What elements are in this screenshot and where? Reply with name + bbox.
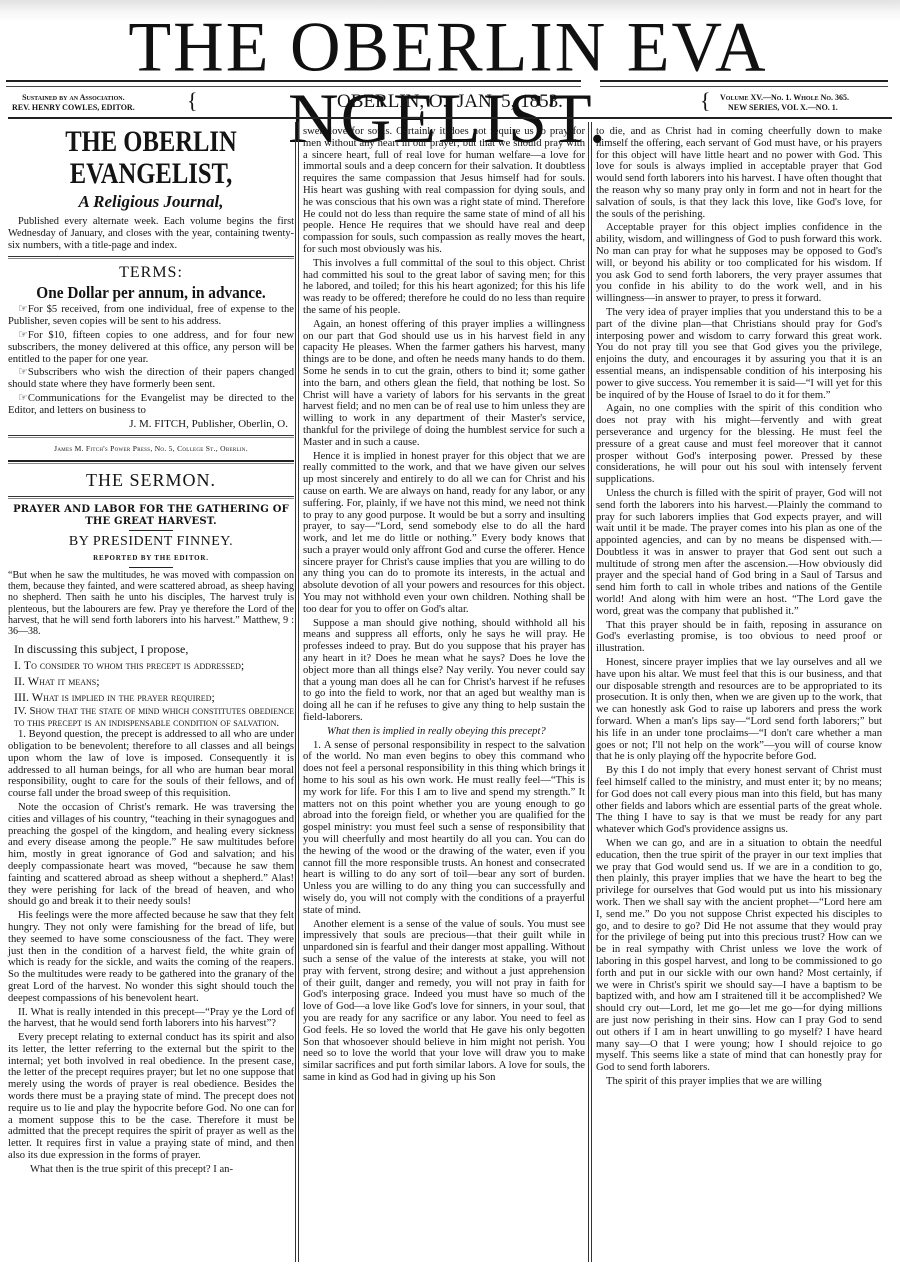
short-rule bbox=[129, 530, 173, 531]
paragraph: Every precept relating to external condu… bbox=[8, 1032, 294, 1162]
pointing-hand-icon: ☞ bbox=[18, 329, 28, 341]
top-rule bbox=[8, 117, 892, 119]
column-rule-2 bbox=[588, 122, 592, 1262]
short-rule bbox=[129, 567, 173, 568]
pointing-hand-icon: ☞ bbox=[18, 392, 28, 404]
paragraph: Note the occasion of Christ's remark. He… bbox=[8, 802, 294, 908]
article-title: PRAYER AND LABOR FOR THE GATHERING OF TH… bbox=[8, 504, 294, 528]
nameplate-subtitle: A Religious Journal, bbox=[8, 192, 294, 212]
paragraph: What then is the true spirit of this pre… bbox=[8, 1164, 294, 1176]
scripture-epigraph: “But when he saw the multitudes, he was … bbox=[8, 570, 294, 637]
paragraph: Suppose a man should give nothing, shoul… bbox=[303, 618, 585, 724]
column-3: to die, and as Christ had in coming chee… bbox=[596, 126, 882, 1090]
terms-heading: TERMS: bbox=[8, 264, 294, 282]
term-item: ☞Communications for the Evangelist may b… bbox=[8, 393, 294, 417]
term-text: For $10, fifteen copies to one address, … bbox=[8, 330, 294, 365]
pointing-hand-icon: ☞ bbox=[18, 366, 28, 378]
paragraph: Acceptable prayer for this object implie… bbox=[596, 222, 882, 305]
divider bbox=[8, 256, 294, 259]
column-2: swer, love for souls. Certainly it does … bbox=[303, 126, 585, 1086]
series-line: NEW SERIES, VOL X.—NO. 1. bbox=[720, 103, 849, 113]
paragraph: 1. Beyond question, the precept is addre… bbox=[8, 729, 294, 800]
column-rule-1 bbox=[295, 122, 299, 1262]
term-item: ☞Subscribers who wish the direction of t… bbox=[8, 367, 294, 391]
publisher-signoff: J. M. FITCH, Publisher, Oberlin, O. bbox=[8, 419, 294, 431]
term-text: For $5 received, from one individual, fr… bbox=[8, 304, 294, 327]
masthead: THE OBERLIN EVA NGELIST. Sustained by an… bbox=[0, 0, 900, 118]
paragraph: to die, and as Christ had in coming chee… bbox=[596, 126, 882, 220]
section-heading: THE SERMON. bbox=[8, 469, 294, 491]
paragraph: swer, love for souls. Certainly it does … bbox=[303, 126, 585, 256]
paragraph: By this I do not imply that every honest… bbox=[596, 765, 882, 836]
term-text: Communications for the Evangelist may be… bbox=[8, 393, 294, 416]
paragraph: 1. A sense of personal responsibility in… bbox=[303, 740, 585, 917]
paragraph: His feelings were the more affected beca… bbox=[8, 910, 294, 1004]
pointing-hand-icon: ☞ bbox=[18, 303, 28, 315]
division-4: IV. Show that the state of mind which co… bbox=[14, 705, 294, 729]
volume-line: Volume XV.—No. 1. Whole No. 365. bbox=[720, 93, 849, 103]
term-item: ☞For $5 received, from one individual, f… bbox=[8, 304, 294, 328]
press-credit: James M. Fitch's Power Press, No. 5, Col… bbox=[8, 443, 294, 455]
divider bbox=[8, 460, 294, 464]
paragraph: The spirit of this prayer implies that w… bbox=[596, 1076, 882, 1088]
column-1: THE OBERLIN EVANGELIST, A Religious Jour… bbox=[8, 122, 294, 1178]
paragraph: This involves a full committal of the so… bbox=[303, 258, 585, 317]
paragraph: The very idea of prayer implies that you… bbox=[596, 307, 882, 401]
sermon-intro: In discussing this subject, I propose, bbox=[14, 641, 294, 657]
divider bbox=[8, 435, 294, 438]
paragraph: Another element is a sense of the value … bbox=[303, 919, 585, 1084]
term-item: ☞For $10, fifteen copies to one address,… bbox=[8, 330, 294, 365]
division-3: III. What is implied in the prayer requi… bbox=[14, 689, 294, 705]
terms-price: One Dollar per annum, in advance. bbox=[22, 282, 279, 304]
subheading: What then is implied in really obeying t… bbox=[303, 726, 585, 738]
dateline: Sustained by an Association. REV. HENRY … bbox=[0, 90, 900, 116]
nameplate: THE OBERLIN EVANGELIST, bbox=[34, 126, 269, 190]
division-2: II. What it means; bbox=[14, 673, 294, 689]
brace-right: { bbox=[700, 90, 711, 112]
publication-info: Published every alternate week. Each vol… bbox=[8, 216, 294, 251]
paragraph: Hence it is implied in honest prayer for… bbox=[303, 451, 585, 616]
paragraph: II. What is really intended in this prec… bbox=[8, 1007, 294, 1031]
paragraph: Again, an honest offering of this prayer… bbox=[303, 319, 585, 449]
paragraph: Again, no one complies with the spirit o… bbox=[596, 403, 882, 486]
division-1: I. To consider to whom this precept is a… bbox=[14, 657, 294, 673]
volume-info: Volume XV.—No. 1. Whole No. 365. NEW SER… bbox=[720, 93, 849, 113]
term-text: Subscribers who wish the direction of th… bbox=[8, 367, 294, 390]
reported-by: REPORTED BY THE EDITOR. bbox=[8, 553, 294, 565]
byline: BY PRESIDENT FINNEY. bbox=[8, 533, 294, 551]
paragraph: Unless the church is filled with the spi… bbox=[596, 488, 882, 618]
paragraph: When we can go, and are in a situation t… bbox=[596, 838, 882, 1074]
paragraph: That this prayer should be in faith, rep… bbox=[596, 620, 882, 655]
divider bbox=[8, 496, 294, 499]
masthead-rule-right bbox=[600, 80, 888, 87]
masthead-rule-left bbox=[6, 80, 581, 87]
paragraph: Honest, sincere prayer implies that we l… bbox=[596, 657, 882, 763]
